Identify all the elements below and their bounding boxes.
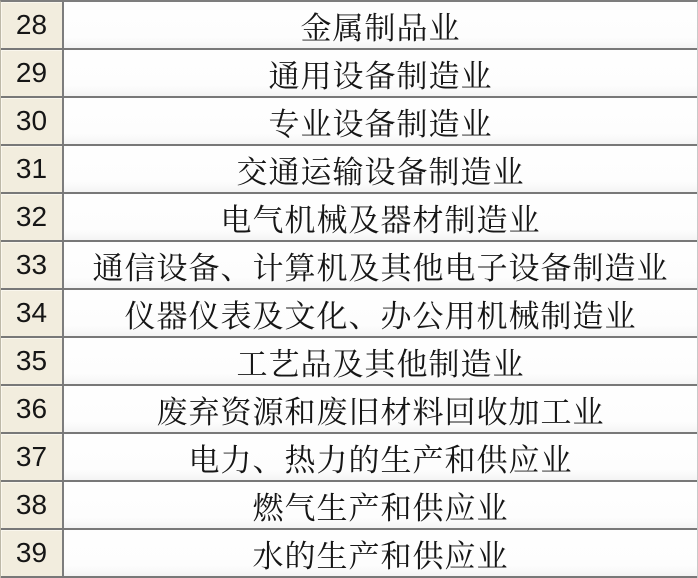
table-row: 34 仪器仪表及文化、办公用机械制造业	[1, 290, 697, 338]
row-number-cell[interactable]: 38	[1, 482, 64, 528]
table-row: 29 通用设备制造业	[1, 50, 697, 98]
industry-name-cell[interactable]: 废弃资源和废旧材料回收加工业	[64, 386, 697, 432]
industry-name-cell[interactable]: 仪器仪表及文化、办公用机械制造业	[64, 290, 697, 336]
row-number-cell[interactable]: 37	[1, 434, 64, 480]
industry-name-cell[interactable]: 专业设备制造业	[64, 98, 697, 144]
industry-name-cell[interactable]: 水的生产和供应业	[64, 530, 697, 576]
industry-name-cell[interactable]: 通用设备制造业	[64, 50, 697, 96]
industry-name-cell[interactable]: 通信设备、计算机及其他电子设备制造业	[64, 242, 697, 288]
industry-name-cell[interactable]: 金属制品业	[64, 2, 697, 48]
table-row: 38 燃气生产和供应业	[1, 482, 697, 530]
row-number-cell[interactable]: 34	[1, 290, 64, 336]
table-row: 31 交通运输设备制造业	[1, 146, 697, 194]
industry-name-cell[interactable]: 交通运输设备制造业	[64, 146, 697, 192]
table-row: 28 金属制品业	[1, 2, 697, 50]
table-row: 35 工艺品及其他制造业	[1, 338, 697, 386]
industry-name-cell[interactable]: 工艺品及其他制造业	[64, 338, 697, 384]
table-row: 30 专业设备制造业	[1, 98, 697, 146]
row-number-cell[interactable]: 30	[1, 98, 64, 144]
spreadsheet-grid: 28 金属制品业 29 通用设备制造业 30 专业设备制造业 31 交通运输设备…	[0, 0, 698, 578]
industry-name-cell[interactable]: 燃气生产和供应业	[64, 482, 697, 528]
row-number-cell[interactable]: 29	[1, 50, 64, 96]
industry-name-cell[interactable]: 电力、热力的生产和供应业	[64, 434, 697, 480]
row-number-cell[interactable]: 39	[1, 530, 64, 576]
row-number-cell[interactable]: 31	[1, 146, 64, 192]
row-number-cell[interactable]: 33	[1, 242, 64, 288]
row-number-cell[interactable]: 35	[1, 338, 64, 384]
row-number-cell[interactable]: 32	[1, 194, 64, 240]
table-row: 37 电力、热力的生产和供应业	[1, 434, 697, 482]
industry-name-cell[interactable]: 电气机械及器材制造业	[64, 194, 697, 240]
table-row: 36 废弃资源和废旧材料回收加工业	[1, 386, 697, 434]
table-row: 39 水的生产和供应业	[1, 530, 697, 578]
row-number-cell[interactable]: 28	[1, 2, 64, 48]
table-row: 33 通信设备、计算机及其他电子设备制造业	[1, 242, 697, 290]
row-number-cell[interactable]: 36	[1, 386, 64, 432]
table-row: 32 电气机械及器材制造业	[1, 194, 697, 242]
